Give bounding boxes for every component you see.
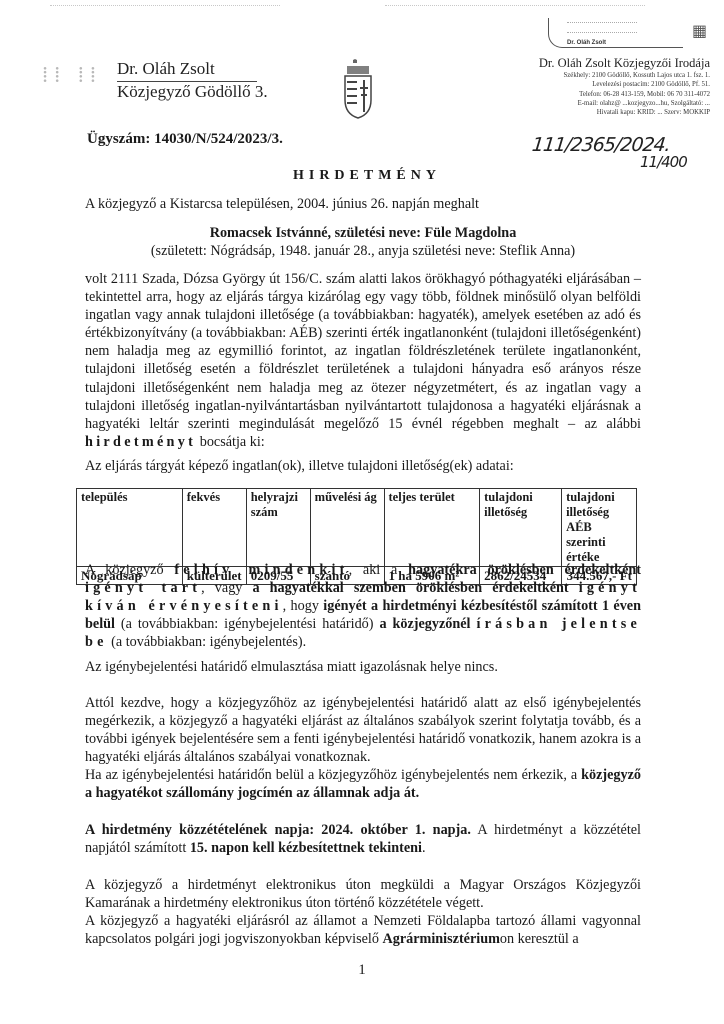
call-bold: a hagyatékkal szemben öröklésben érdekel… [252, 580, 568, 596]
main-paragraph-tail: bocsátja ki: [200, 434, 265, 450]
office-address-line: Levelezési postacím: 2100 Gödöllő, Pf. 5… [500, 80, 710, 89]
office-address-line: Hivatali kapu: KRID: ... Szerv: MOKKIP [500, 108, 710, 117]
intro-text: A közjegyző a Kistarcsa településen, 200… [85, 195, 641, 213]
call-text: , vagy [201, 580, 252, 596]
hungarian-coat-of-arms-icon [341, 58, 375, 120]
state-transfer-paragraph: Ha az igénybejelentési határidőn belül a… [85, 766, 641, 802]
call-paragraph: A közjegyző felhív mindenkit, aki a hagy… [85, 561, 641, 651]
office-address-line: Székhely: 2100 Gödöllő, Kossuth Lajos ut… [500, 71, 710, 80]
office-title: Dr. Oláh Zsolt Közjegyzői Irodája [500, 56, 710, 71]
deceased-name: Romacsek Istvánné, születési neve: Füle … [85, 224, 641, 242]
first-claim-paragraph: Attól kezdve, hogy a közjegyzőhöz az igé… [85, 694, 641, 766]
document-title: HIRDETMÉNY [0, 168, 724, 184]
office-address-line: E-mail: olahz@ ...kozjegyzo...hu, Szolgá… [500, 99, 710, 108]
call-bold: hagyatékra öröklésben érdekeltként [408, 562, 641, 578]
ministry-text: on keresztül a [500, 931, 579, 947]
notary-seat: Közjegyző Gödöllő 3. [117, 82, 268, 102]
table-header-cell: helyrajzi szám [246, 489, 310, 567]
deceased-birth: (született: Nógrádsáp, 1948. január 28.,… [85, 242, 641, 260]
qr-code-icon: ▦ [692, 22, 708, 42]
page-number: 1 [0, 962, 724, 979]
notary-name: Dr. Oláh Zsolt [117, 59, 257, 82]
case-number: Ügyszám: 14030/N/524/2023/3. [87, 131, 283, 148]
call-emphasis: felhív mindenkit [174, 562, 348, 578]
stamp-signer: Dr. Oláh Zsolt [567, 40, 683, 46]
call-text: (a továbbiakban: igénybejelentés). [108, 634, 307, 650]
main-paragraph-emphasis: hirdetményt [85, 434, 196, 450]
scan-artifact-line [50, 5, 280, 8]
call-text: A közjegyző [85, 562, 174, 578]
main-paragraph-text: volt 2111 Szada, Dózsa György út 156/C. … [85, 271, 641, 432]
state-transfer-text: Ha az igénybejelentési határidőn belül a… [85, 767, 577, 783]
table-header-cell: tulajdoni illetőség [480, 489, 562, 567]
no-excuse-paragraph: Az igénybejelentési határidő elmulasztás… [85, 658, 641, 676]
table-header-cell: művelési ág [310, 489, 384, 567]
publication-text: . [422, 840, 426, 856]
decorative-ornament-icon: ⁞⁞ ⁞⁞ [42, 62, 102, 88]
table-header-cell: település [77, 489, 183, 567]
call-emphasis: igényt tart [85, 580, 201, 596]
ministry-name: Agrárminisztérium [383, 931, 500, 947]
table-header-cell: teljes terület [384, 489, 480, 567]
chamber-paragraph: A közjegyző a hirdetményt elektronikus ú… [85, 876, 641, 912]
office-letterhead: Dr. Oláh Zsolt Közjegyzői Irodája Székhe… [500, 56, 710, 117]
publication-delivery: 15. napon kell kézbesítettnek tekinteni [190, 840, 422, 856]
table-intro: Az eljárás tárgyát képező ingatlan(ok), … [85, 457, 641, 475]
table-header-row: település fekvés helyrajzi szám művelési… [77, 489, 637, 567]
office-address-line: Telefon: 06-28 413-159, Mobil: 06 70 311… [500, 90, 710, 99]
call-bold: a közjegyzőnél [379, 616, 470, 632]
call-text: , hogy [283, 598, 324, 614]
ministry-paragraph: A közjegyző a hagyatéki eljárásról az ál… [85, 912, 641, 948]
call-text: (a továbbiakban: igénybejelentési határi… [115, 616, 379, 632]
publication-date: A hirdetmény közzétételének napja: 2024.… [85, 822, 471, 838]
received-stamp: Dr. Oláh Zsolt [548, 18, 683, 48]
call-text: , aki a [349, 562, 409, 578]
table-header-cell: tulajdoni illetőség AÉB szerinti értéke [562, 489, 637, 567]
publication-paragraph: A hirdetmény közzétételének napja: 2024.… [85, 821, 641, 857]
scan-artifact-line [385, 5, 645, 8]
table-header-cell: fekvés [182, 489, 246, 567]
main-paragraph: volt 2111 Szada, Dózsa György út 156/C. … [85, 270, 641, 451]
